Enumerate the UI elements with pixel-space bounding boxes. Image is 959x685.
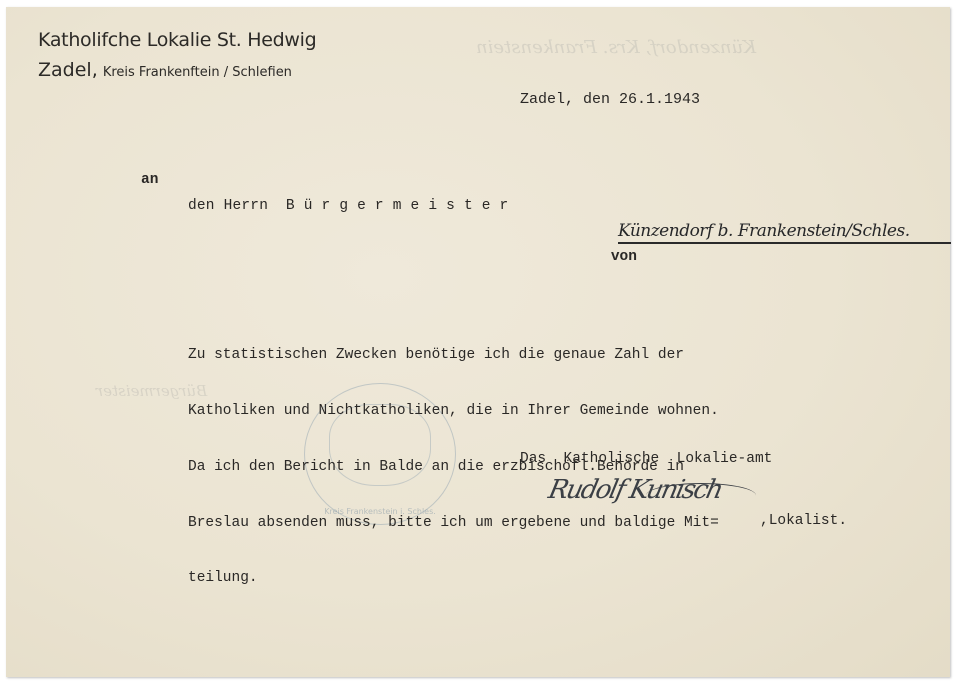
letter-paper: Künzendorf, Krs. Frankenstein Bürgermeis… (6, 7, 950, 677)
bleed-through-text: Künzendorf, Krs. Frankenstein (476, 37, 756, 58)
handwritten-location: Künzendorf b. Frankenstein/Schles. (618, 221, 951, 244)
letterhead-address: Zadel, Kreis Frankenftein / Schlefien (38, 59, 292, 81)
body-line: Katholiken und Nichtkatholiken, die in I… (188, 402, 719, 421)
body-line: Breslau absenden muss, bitte ich um erge… (188, 514, 719, 533)
letter-body: Zu statistischen Zwecken benötige ich di… (188, 309, 719, 625)
letterhead-title: Katholifche Lokalie St. Hedwig (38, 29, 316, 51)
letterhead-district: Kreis Frankenftein / Schlefien (103, 65, 292, 80)
closing-line: Das Katholische Lokalie-amt (520, 451, 772, 467)
letterhead-place: Zadel, (38, 59, 98, 81)
signature-flourish (646, 483, 756, 508)
body-line: teilung. (188, 569, 719, 588)
signatory-title: ,Lokalist. (760, 513, 847, 529)
date-line: Zadel, den 26.1.1943 (520, 91, 700, 108)
body-line: Zu statistischen Zwecken benötige ich di… (188, 346, 719, 365)
salutation-prefix: an (141, 172, 158, 188)
recipient-line: den Herrn B ü r g e r m e i s t e r (188, 198, 508, 214)
von-text: von (611, 249, 637, 265)
